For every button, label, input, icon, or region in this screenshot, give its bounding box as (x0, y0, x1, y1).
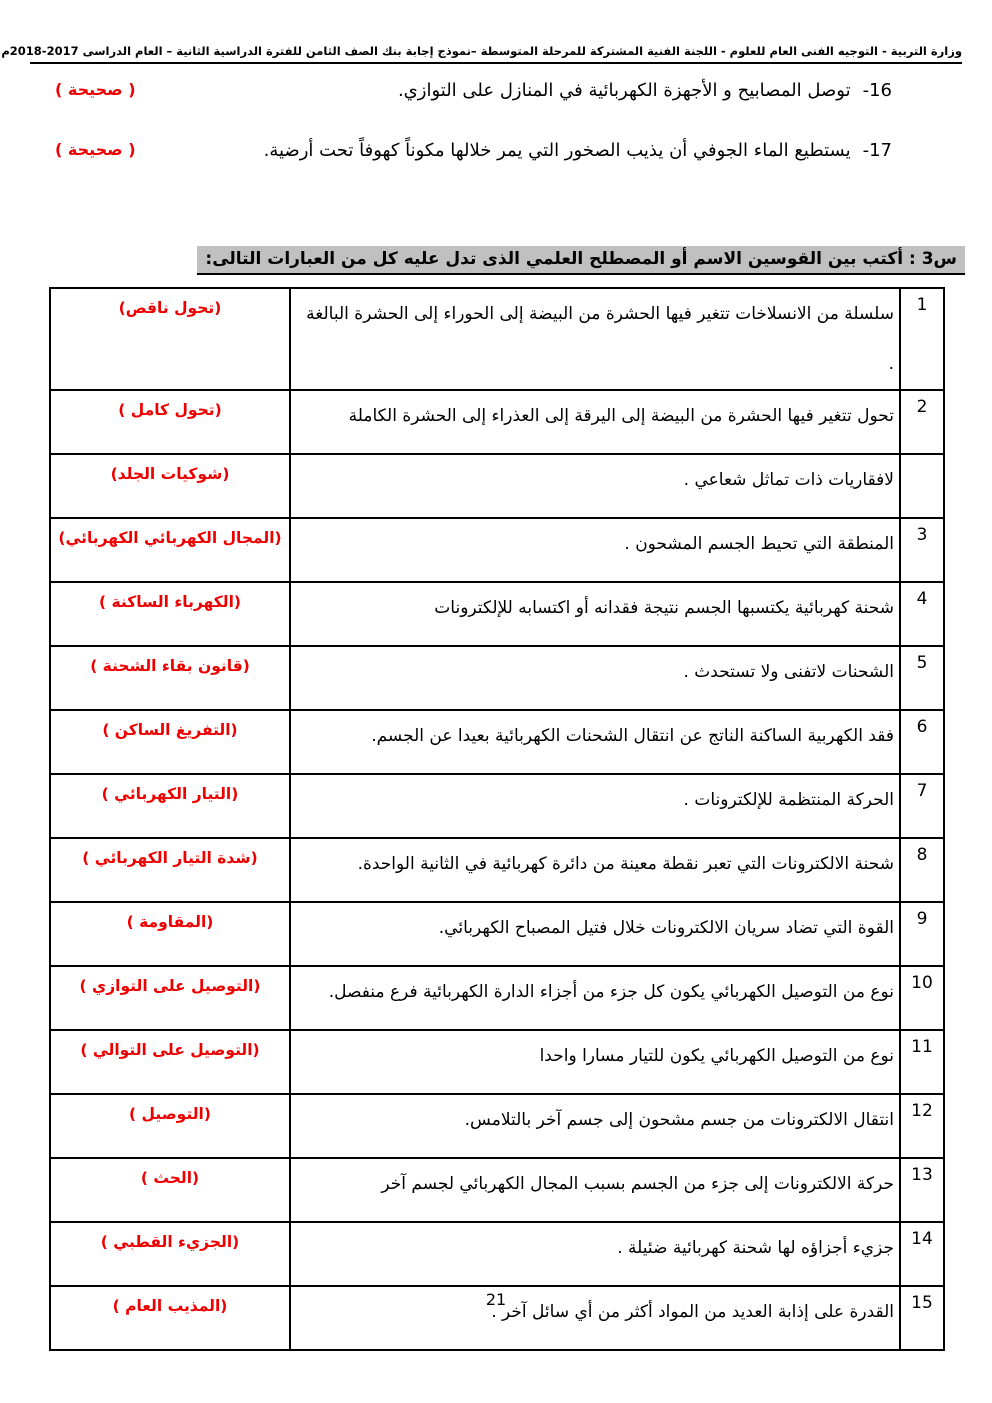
row-number: 14 (900, 1222, 944, 1286)
question-number: 16- (863, 80, 892, 101)
row-answer: (الكهرباء الساكنة ) (50, 582, 290, 646)
row-number: 5 (900, 646, 944, 710)
row-number: 3 (900, 518, 944, 582)
tf-question-row: 16-توصل المصابيح و الأجهزة الكهربائية في… (0, 80, 992, 101)
terms-table: 1سلسلة من الانسلاخات تتغير فيها الحشرة م… (49, 287, 945, 1351)
row-answer: (التيار الكهربائي ) (50, 774, 290, 838)
row-answer: (تحول ناقص) (50, 288, 290, 390)
row-answer: (التوصيل على التوالي ) (50, 1030, 290, 1094)
row-number: 10 (900, 966, 944, 1030)
row-answer: (التوصيل على التوازي ) (50, 966, 290, 1030)
question-text: يستطيع الماء الجوفي أن يذيب الصخور التي … (264, 140, 851, 161)
row-answer: (التوصيل ) (50, 1094, 290, 1158)
table-row: 9القوة التي تضاد سريان الالكترونات خلال … (50, 902, 944, 966)
question-text-group: 16-توصل المصابيح و الأجهزة الكهربائية في… (398, 80, 892, 101)
row-answer: (الحث ) (50, 1158, 290, 1222)
document-page: وزارة التربية - التوجيه الفنى العام للعل… (0, 0, 992, 1403)
row-description: جزيء أجزاؤه لها شحنة كهربائية ضئيلة . (290, 1222, 900, 1286)
row-answer: (التفريغ الساكن ) (50, 710, 290, 774)
row-description: انتقال الالكترونات من جسم مشحون إلى جسم … (290, 1094, 900, 1158)
question-answer: ( صحيحة ) (55, 140, 136, 159)
row-description: نوع من التوصيل الكهربائي يكون كل جزء من … (290, 966, 900, 1030)
row-number: 8 (900, 838, 944, 902)
row-description: الحركة المنتظمة للإلكترونات . (290, 774, 900, 838)
row-answer: (المجال الكهربائي الكهربائي) (50, 518, 290, 582)
row-description: حركة الالكترونات إلى جزء من الجسم بسبب ا… (290, 1158, 900, 1222)
table-row: 7الحركة المنتظمة للإلكترونات .(التيار ال… (50, 774, 944, 838)
question-text-group: 17-يستطيع الماء الجوفي أن يذيب الصخور ال… (264, 140, 892, 161)
table-row: 14جزيء أجزاؤه لها شحنة كهربائية ضئيلة .(… (50, 1222, 944, 1286)
row-number: 2 (900, 390, 944, 454)
row-number: 6 (900, 710, 944, 774)
row-answer: (شوكيات الجلد) (50, 454, 290, 518)
table-row: 4شحنة كهربائية يكتسبها الجسم نتيجة فقدان… (50, 582, 944, 646)
row-description: سلسلة من الانسلاخات تتغير فيها الحشرة من… (290, 288, 900, 390)
row-number (900, 454, 944, 518)
row-number: 11 (900, 1030, 944, 1094)
question-text: توصل المصابيح و الأجهزة الكهربائية في ال… (398, 80, 851, 101)
row-answer: (تحول كامل ) (50, 390, 290, 454)
row-description: المنطقة التي تحيط الجسم المشحون . (290, 518, 900, 582)
table-row: 10نوع من التوصيل الكهربائي يكون كل جزء م… (50, 966, 944, 1030)
row-description: شحنة كهربائية يكتسبها الجسم نتيجة فقدانه… (290, 582, 900, 646)
row-description: فقد الكهربية الساكنة الناتج عن انتقال ال… (290, 710, 900, 774)
table-row: 12انتقال الالكترونات من جسم مشحون إلى جس… (50, 1094, 944, 1158)
table-row: 8شحنة الالكترونات التي تعبر نقطة معينة م… (50, 838, 944, 902)
row-number: 1 (900, 288, 944, 390)
row-number: 12 (900, 1094, 944, 1158)
row-description: القوة التي تضاد سريان الالكترونات خلال ف… (290, 902, 900, 966)
row-description: الشحنات لاتفنى ولا تستحدث . (290, 646, 900, 710)
question-answer: ( صحيحة ) (55, 80, 136, 99)
row-number: 4 (900, 582, 944, 646)
row-description: نوع من التوصيل الكهربائي يكون للتيار مسا… (290, 1030, 900, 1094)
document-header: وزارة التربية - التوجيه الفنى العام للعل… (30, 44, 962, 64)
table-row: 5الشحنات لاتفنى ولا تستحدث .(قانون بقاء … (50, 646, 944, 710)
row-description: لافقاريات ذات تماثل شعاعي . (290, 454, 900, 518)
tf-question-row: 17-يستطيع الماء الجوفي أن يذيب الصخور ال… (0, 140, 992, 161)
table-row: 13حركة الالكترونات إلى جزء من الجسم بسبب… (50, 1158, 944, 1222)
row-answer: (قانون بقاء الشحنة ) (50, 646, 290, 710)
row-description: شحنة الالكترونات التي تعبر نقطة معينة من… (290, 838, 900, 902)
table-row: 1سلسلة من الانسلاخات تتغير فيها الحشرة م… (50, 288, 944, 390)
table-row: 2تحول تتغير فيها الحشرة من البيضة إلى ال… (50, 390, 944, 454)
table-row: 6فقد الكهربية الساكنة الناتج عن انتقال ا… (50, 710, 944, 774)
section3-title: س3 : أكتب بين القوسين الاسم أو المصطلح ا… (197, 246, 965, 275)
table-row: 11نوع من التوصيل الكهربائي يكون للتيار م… (50, 1030, 944, 1094)
page-number: 21 (0, 1290, 992, 1309)
question-number: 17- (863, 140, 892, 161)
row-number: 13 (900, 1158, 944, 1222)
row-answer: (الجزيء القطبي ) (50, 1222, 290, 1286)
row-answer: (المقاومة ) (50, 902, 290, 966)
row-number: 7 (900, 774, 944, 838)
row-description: تحول تتغير فيها الحشرة من البيضة إلى الي… (290, 390, 900, 454)
row-answer: (شدة التيار الكهربائي ) (50, 838, 290, 902)
table-row: لافقاريات ذات تماثل شعاعي .(شوكيات الجلد… (50, 454, 944, 518)
row-number: 9 (900, 902, 944, 966)
table-row: 3المنطقة التي تحيط الجسم المشحون .(المجا… (50, 518, 944, 582)
